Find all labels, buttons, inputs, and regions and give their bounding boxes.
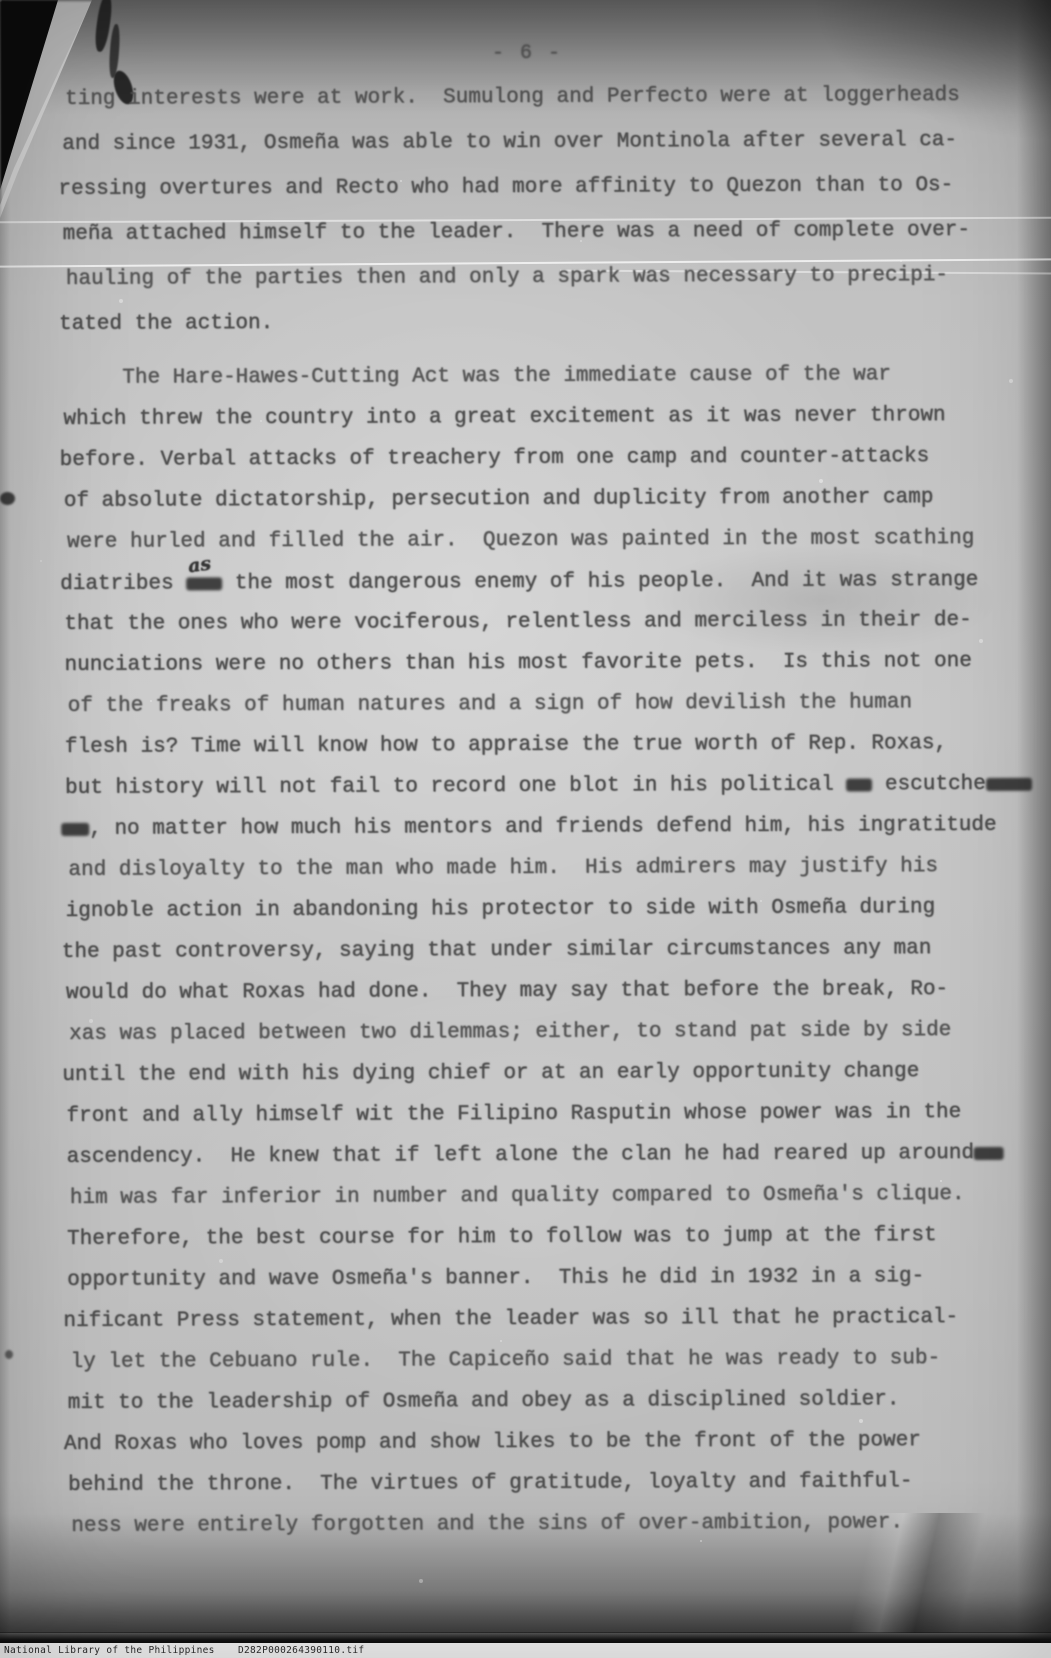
text-run: The Hare-Hawes-Cutting Act was the immed… [122, 363, 891, 389]
text-run: of absolute dictatorship, persecution an… [64, 486, 934, 513]
scan-footer-bar [0, 1632, 1051, 1643]
text-line: nificant Press statement, when the leade… [63, 1306, 1018, 1351]
text-line: nunciations were no others than his most… [64, 650, 1019, 695]
text-run: ascendency. He knew that if left alone t… [67, 1142, 974, 1169]
text-line: and disloyalty to the man who made him. … [68, 855, 1023, 900]
scan-footer-strip: National Library of the Philippines D282… [0, 1643, 1051, 1658]
text-line: mit to the leadership of Osmeña and obey… [68, 1388, 1023, 1433]
text-line: the past controversy, saying that under … [62, 937, 1017, 982]
text-line: tated the action. [59, 309, 1014, 358]
filename-label: D282P000264390110.tif [238, 1645, 364, 1656]
edge-mark [5, 1350, 13, 1359]
text-line: ascendency. He knew that if left alone t… [67, 1142, 1022, 1187]
text-run: ressing overtures and Recto who had more… [58, 174, 953, 201]
text-run: were hurled and filled the air. Quezon w… [67, 527, 974, 554]
text-run: the past controversy, saying that under … [62, 937, 932, 964]
text-run: ting interests were at work. Sumulong an… [65, 84, 960, 111]
text-run: and disloyalty to the man who made him. … [68, 855, 938, 882]
left-edge-shadow [0, 0, 10, 1658]
ink-blot [986, 778, 1032, 791]
text-line: flesh is? Time will know how to appraise… [65, 732, 1020, 777]
text-run: ly let the Cebuano rule. The Capiceño sa… [71, 1347, 941, 1374]
text-run: mit to the leadership of Osmeña and obey… [68, 1388, 900, 1415]
text-line: opportunity and wave Osmeña's banner. Th… [67, 1265, 1022, 1310]
text-line: hauling of the parties then and only a s… [66, 264, 1021, 313]
text-line: xas was placed between two dilemmas; eit… [69, 1019, 1024, 1064]
typewritten-text: ting interests were at work. Sumulong an… [62, 84, 1023, 1556]
text-run: before. Verbal attacks of treachery from… [60, 445, 930, 472]
text-run: xas was placed between two dilemmas; eit… [69, 1019, 951, 1046]
ink-blot [186, 577, 222, 590]
ink-blot [846, 778, 872, 791]
text-line: until the end with his dying chief or at… [62, 1060, 1017, 1105]
text-run: the most dangerous enemy of his people. … [222, 569, 978, 595]
paragraph: The Hare-Hawes-Cutting Act was the immed… [63, 363, 1023, 1556]
text-line: ressing overtures and Recto who had more… [58, 174, 1013, 223]
text-line: ness were entirely forgotten and the sin… [71, 1511, 1026, 1556]
text-run: , no matter how much his mentors and fri… [89, 814, 996, 841]
text-line: ly let the Cebuano rule. The Capiceño sa… [71, 1347, 1026, 1392]
text-line: And Roxas who loves pomp and show likes … [64, 1429, 1019, 1474]
text-line: behind the throne. The virtues of gratit… [68, 1470, 1023, 1515]
text-run: And Roxas who loves pomp and show likes … [64, 1429, 921, 1456]
text-line: ting interests were at work. Sumulong an… [65, 84, 1020, 133]
text-run: meña attached himself to the leader. The… [63, 219, 970, 246]
text-run: opportunity and wave Osmeña's banner. Th… [67, 1265, 924, 1292]
text-line: him was far inferior in number and quali… [70, 1183, 1025, 1228]
text-line: but history will not fail to record one … [65, 773, 1020, 818]
text-run: but history will not fail to record one … [65, 774, 846, 800]
text-run: diatribes [60, 572, 186, 596]
text-run: nunciations were no others than his most… [64, 650, 971, 677]
text-run: escutche [872, 773, 986, 796]
text-run: tated the action. [59, 312, 273, 336]
text-run: and since 1931, Osmeña was able to win o… [62, 129, 957, 156]
library-label: National Library of the Philippines [4, 1645, 215, 1656]
text-run: Therefore, the best course for him to fo… [67, 1224, 937, 1251]
text-line: ignoble action in abandoning his protect… [66, 896, 1021, 941]
text-run: flesh is? Time will know how to appraise… [65, 732, 947, 759]
paragraph: ting interests were at work. Sumulong an… [62, 84, 1018, 358]
text-run: ignoble action in abandoning his protect… [66, 896, 936, 923]
text-run: which threw the country into a great exc… [63, 404, 945, 431]
text-run: that the ones who were vociferous, relen… [64, 609, 971, 636]
text-run: nificant Press statement, when the leade… [63, 1306, 958, 1333]
text-line: The Hare-Hawes-Cutting Act was the immed… [66, 363, 1021, 408]
text-run: until the end with his dying chief or at… [62, 1060, 919, 1087]
scanned-document-page: - 6 - ting interests were at work. Sumul… [0, 0, 1051, 1658]
text-line: of absolute dictatorship, persecution an… [64, 486, 1019, 531]
page-number: - 6 - [492, 42, 562, 65]
text-run: of the freaks of human natures and a sig… [68, 691, 912, 718]
text-line: front and ally himself wit the Filipino … [66, 1101, 1021, 1146]
text-run: hauling of the parties then and only a s… [66, 264, 948, 291]
text-line: of the freaks of human natures and a sig… [68, 691, 1023, 736]
text-line: Therefore, the best course for him to fo… [67, 1224, 1022, 1269]
text-line: would do what Roxas had done. They may s… [66, 978, 1021, 1023]
text-run: would do what Roxas had done. They may s… [66, 978, 948, 1005]
edge-mark [0, 492, 15, 505]
text-line: that the ones who were vociferous, relen… [64, 609, 1019, 654]
text-line: diatribes as the most dangerous enemy of… [60, 568, 1015, 613]
ink-blot [974, 1147, 1004, 1160]
text-line: which threw the country into a great exc… [63, 404, 1018, 449]
text-run: ness were entirely forgotten and the sin… [71, 1511, 903, 1538]
text-run: him was far inferior in number and quali… [70, 1183, 965, 1210]
text-line: and since 1931, Osmeña was able to win o… [62, 129, 1017, 178]
ink-blot [61, 823, 89, 836]
text-line: , no matter how much his mentors and fri… [61, 814, 1016, 859]
text-run: front and ally himself wit the Filipino … [66, 1101, 961, 1128]
text-line: before. Verbal attacks of treachery from… [60, 445, 1015, 490]
text-line: meña attached himself to the leader. The… [63, 219, 1018, 268]
text-run: behind the throne. The virtues of gratit… [68, 1470, 912, 1497]
